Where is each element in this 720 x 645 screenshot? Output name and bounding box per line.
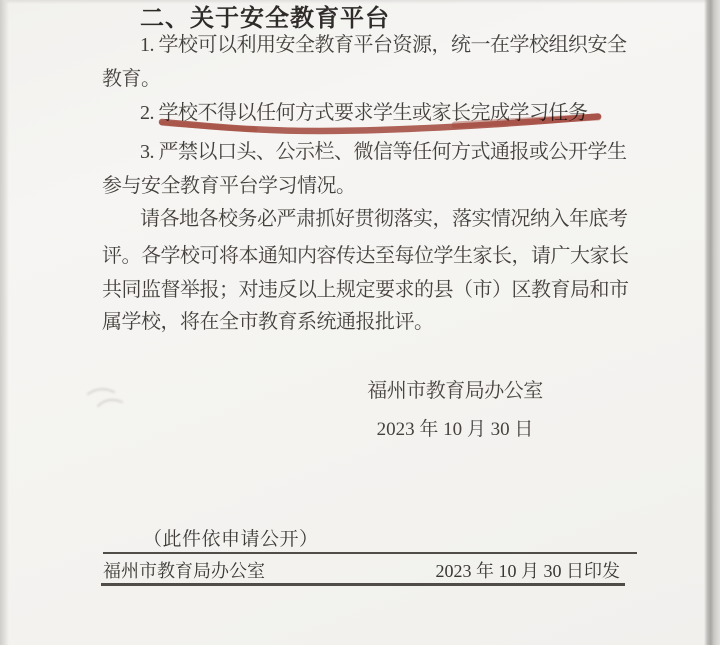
signature-date: 2023 年 10 月 30 日 <box>340 418 570 442</box>
section-heading: 二、关于安全教育平台 <box>140 4 390 34</box>
footer-print-date: 2023 年 10 月 30 日印发 <box>436 560 621 582</box>
scan-edge-left <box>0 0 9 645</box>
footer-divider-bottom <box>101 583 625 586</box>
body-line: 参与安全教育平台学习情况。 <box>102 174 662 198</box>
body-line: 教育。 <box>102 67 662 91</box>
body-line: 请各地各校务必严肃抓好贯彻落实，落实情况纳入年底考 <box>102 207 700 231</box>
footer-divider-top <box>103 552 637 554</box>
signature-org: 福州市教育局办公室 <box>340 379 570 404</box>
body-line: 评。各学校可将本通知内容传达至每位学生家长，请广大家长 <box>102 244 662 268</box>
footer-issuer: 福州市教育局办公室 <box>103 560 265 582</box>
body-line: 3. 严禁以口头、公示栏、微信等任何方式通报或公开学生 <box>102 140 700 164</box>
body-line: 1. 学校可以利用安全教育平台资源，统一在学校组织安全 <box>102 33 700 57</box>
signature-block: 福州市教育局办公室 2023 年 10 月 30 日 <box>340 379 570 442</box>
body-line: 共同监督举报；对违反以上规定要求的县（市）区教育局和市 <box>102 278 662 302</box>
disclosure-note: （此件依申请公开） <box>143 528 319 551</box>
body-line: 属学校，将在全市教育系统通报批评。 <box>102 310 662 334</box>
scan-edge-right <box>704 0 720 645</box>
pencil-smudge-mark <box>84 382 128 416</box>
scanned-document-page: 二、关于安全教育平台 1. 学校可以利用安全教育平台资源，统一在学校组织安全 教… <box>0 0 720 645</box>
body-line-underlined: 2. 学校不得以任何方式要求学生或家长完成学习任务 <box>102 101 700 125</box>
